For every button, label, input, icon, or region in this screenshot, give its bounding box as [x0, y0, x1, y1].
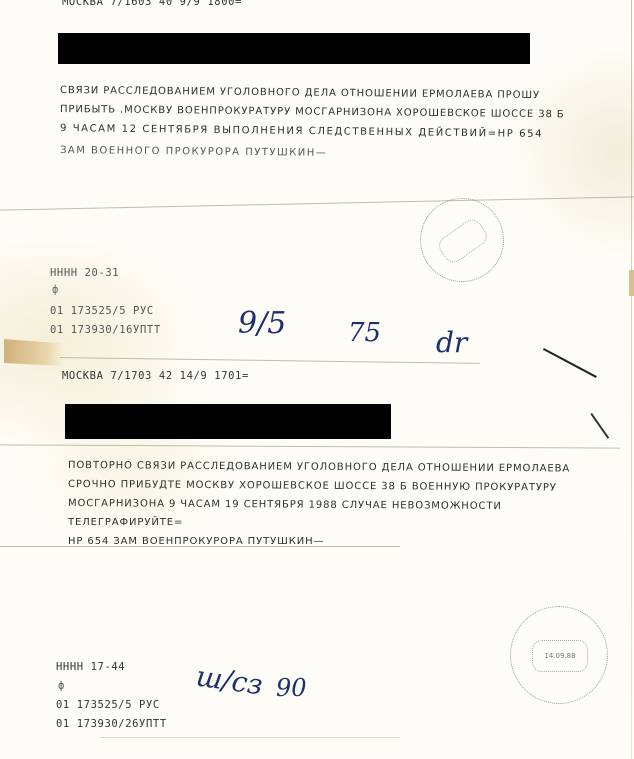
telegram-2-body-line: ПОВТОРНО СВЯЗИ РАССЛЕДОВАНИЕМ УГОЛОВНОГО… — [68, 460, 570, 475]
telegram-2-body-line: ТЕЛЕГРАФИРУЙТЕ= — [68, 517, 183, 528]
tear-line — [0, 546, 400, 547]
telegram-1-footer-line: 01 173525/5 РУС — [50, 305, 154, 317]
telegram-2-footer-line: ф — [58, 680, 65, 692]
page-edge — [631, 0, 632, 759]
paper-stain — [4, 336, 64, 366]
telegram-page: МОСКВА 7/1603 40 9/9 1800= СВЯЗИ РАССЛЕД… — [0, 0, 634, 759]
telegram-1-header: МОСКВА 7/1603 40 9/9 1800= — [62, 0, 242, 8]
telegram-2-body-line: МОСГАРНИЗОНА 9 ЧАСАМ 19 СЕНТЯБРЯ 1988 СЛ… — [68, 498, 502, 512]
stamp-date — [435, 216, 490, 267]
handwritten-note: dr — [436, 326, 467, 359]
handwritten-note: ш/сз — [194, 660, 265, 702]
handwritten-note: 90 — [276, 674, 307, 702]
stamp-date: 14.09.88 — [532, 640, 588, 673]
telegram-2-footer-line: 01 173525/5 РУС — [56, 699, 160, 711]
postal-stamp-2: 14.09.88 — [510, 606, 608, 704]
handwritten-note: 75 — [348, 318, 381, 348]
telegram-1-recipient-redacted — [58, 33, 530, 64]
postal-stamp-1 — [420, 198, 504, 282]
telegram-2-body-line: СРОЧНО ПРИБУДТЕ МОСКВУ ХОРОШЕВСКОЕ ШОССЕ… — [68, 479, 557, 493]
telegram-1-footer-line: ф — [52, 284, 59, 296]
tear-line — [60, 357, 480, 364]
telegram-1-footer-line: НННН 20-31 — [50, 267, 119, 279]
paper-fold — [629, 270, 634, 296]
telegram-2-footer-line: 01 173930/26УПТТ — [56, 718, 167, 730]
telegram-2-recipient-redacted — [65, 404, 391, 439]
tear-line — [591, 413, 609, 438]
handwritten-note: 9/5 — [238, 306, 286, 341]
telegram-1-body-line: ПРИБЫТЬ .МОСКВУ ВОЕНПРОКУРАТУРУ МОСГАРНИ… — [60, 104, 565, 120]
tear-line — [0, 444, 620, 448]
telegram-1-footer-line: 01 173930/16УПТТ — [50, 324, 161, 336]
telegram-2-footer-line: НННН 17-44 — [56, 661, 125, 673]
tear-line — [100, 737, 400, 738]
telegram-1-body-line: 9 ЧАСАМ 12 СЕНТЯБРЯ ВЫПОЛНЕНИЯ СЛЕДСТВЕН… — [60, 123, 543, 140]
tear-line — [0, 196, 634, 210]
telegram-2-header: МОСКВА 7/1703 42 14/9 1701= — [62, 370, 249, 382]
telegram-1-body-line: ЗАМ ВОЕННОГО ПРОКУРОРА ПУТУШКИН— — [60, 145, 327, 159]
telegram-1-body-line: СВЯЗИ РАССЛЕДОВАНИЕМ УГОЛОВНОГО ДЕЛА ОТН… — [60, 85, 540, 101]
tear-line — [543, 348, 597, 377]
